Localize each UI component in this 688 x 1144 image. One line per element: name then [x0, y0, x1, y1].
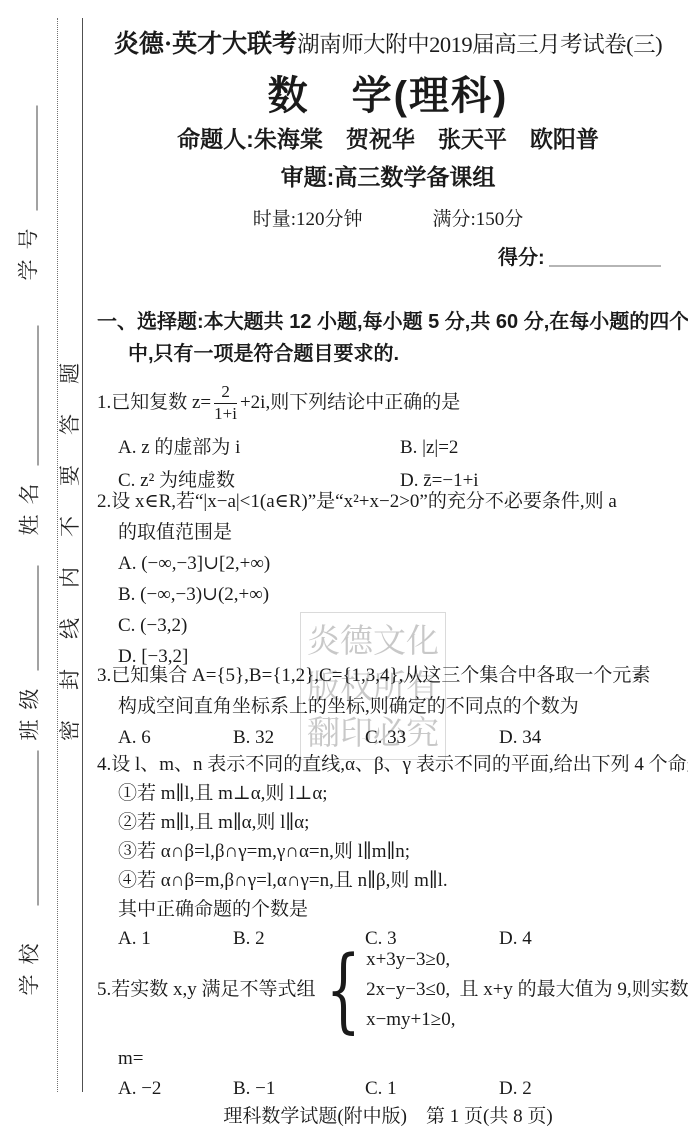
option-b: B. 32 [233, 722, 274, 753]
question-3: 3.已知集合 A={5},B={1,2},C={1,3,4},从这三个集合中各取… [97, 660, 687, 752]
duration-label: 时量:120分钟 [253, 209, 363, 230]
reviewer-line: 审题:高三数学备课组 [88, 159, 688, 192]
seal-line-text: 密封线内不要答题 [55, 341, 85, 741]
subject-title: 数 学(理科) [88, 64, 688, 121]
option-b: B. |z|=2 [400, 433, 458, 463]
question-2: 2.设 x∈R,若“|x−a|<1(a∈R)”是“x²+x−2>0”的充分不必要… [97, 486, 687, 672]
section1-heading: 一、选择题:本大题共 12 小题,每小题 5 分,共 60 分,在每小题的四个选… [97, 306, 685, 370]
inequality-2: 2x−y−3≤0, [366, 975, 455, 1005]
fraction-numerator: 2 [214, 382, 237, 403]
question-5-line2: m= [97, 1044, 687, 1074]
option-a: A. (−∞,−3]∪[2,+∞) [97, 548, 687, 579]
inequality-3: x−my+1≥0, [366, 1005, 455, 1035]
section1-heading-line1: 一、选择题:本大题共 12 小题,每小题 5 分,共 60 分,在每小题的四个选… [97, 306, 685, 338]
student-number-blank [35, 106, 38, 211]
exam-paper-page: 炎德文化 版权所有 翻印必究 学号 姓名 班级 学校 密封线内不要答题 炎德·英… [0, 0, 688, 1144]
question-4-item2: ②若 m∥l,且 m∥α,则 l∥α; [97, 808, 687, 837]
school-field: 学校 [14, 721, 44, 996]
score-blank [549, 265, 661, 267]
option-a: A. z 的虚部为 i [118, 433, 240, 463]
school-label: 学校 [16, 934, 44, 996]
student-number-field: 学号 [13, 106, 43, 281]
left-brace: { [325, 945, 360, 1035]
class-field: 班级 [14, 556, 44, 741]
option-c: C. 33 [365, 722, 406, 753]
score-label: 得分: [498, 247, 545, 269]
option-c: C. 1 [365, 1074, 397, 1104]
option-c: C. (−3,2) [97, 610, 687, 641]
student-number-label: 学号 [15, 219, 43, 281]
option-a: A. 6 [118, 722, 151, 753]
question-4: 4.设 l、m、n 表示不同的直线,α、β、γ 表示不同的平面,给出下列 4 个… [97, 750, 687, 954]
question-2-line2: 的取值范围是 [97, 517, 687, 548]
fraction-denominator: 1+i [214, 404, 237, 424]
question-5-stem-suffix: 且 x+y 的最大值为 9,则实数 [459, 975, 688, 1005]
full-score-label: 满分:150分 [433, 209, 524, 230]
question-3-options-row: A. 6 B. 32 C. 33 D. 34 [97, 722, 687, 752]
option-b: B. −1 [233, 1074, 275, 1104]
class-blank [36, 566, 39, 671]
authors-line: 命题人:朱海棠 贺祝华 张天平 欧阳普 [88, 121, 688, 154]
timing-line: 时量:120分钟满分:150分 [88, 204, 688, 231]
inequality-system: x+3y−3≥0, 2x−y−3≤0, x−my+1≥0, [366, 945, 455, 1035]
name-label: 姓名 [16, 474, 44, 536]
brand-name: 炎德·英才大联考 [114, 31, 297, 58]
score-field: 得分: [498, 241, 661, 270]
inequality-1: x+3y−3≥0, [366, 945, 455, 975]
school-blank [36, 751, 39, 906]
question-2-line1: 2.设 x∈R,若“|x−a|<1(a∈R)”是“x²+x−2>0”的充分不必要… [97, 486, 687, 517]
name-blank [36, 326, 39, 466]
question-1-stem-suffix: +2i,则下列结论中正确的是 [240, 388, 460, 418]
option-b: B. (−∞,−3)∪(2,+∞) [97, 579, 687, 610]
question-4-item1: ①若 m∥l,且 m⊥α,则 l⊥α; [97, 779, 687, 808]
question-5-stem-prefix: 5.若实数 x,y 满足不等式组 [97, 975, 316, 1005]
exam-name: 湖南师大附中2019届高三月考试卷(三) [297, 32, 662, 57]
question-1-stem-prefix: 1.已知复数 z= [97, 388, 211, 418]
question-5-stem: 5.若实数 x,y 满足不等式组 { x+3y−3≥0, 2x−y−3≤0, x… [97, 942, 687, 1038]
section1-heading-line2: 中,只有一项是符合题目要求的. [97, 338, 685, 370]
question-3-line2: 构成空间直角坐标系上的坐标,则确定的不同点的个数为 [97, 691, 687, 722]
paper-title: 炎德·英才大联考湖南师大附中2019届高三月考试卷(三) [88, 24, 688, 60]
question-1-options-row1: A. z 的虚部为 i B. |z|=2 [97, 433, 687, 463]
question-3-line1: 3.已知集合 A={5},B={1,2},C={1,3,4},从这三个集合中各取… [97, 660, 687, 691]
question-5: 5.若实数 x,y 满足不等式组 { x+3y−3≥0, 2x−y−3≤0, x… [97, 942, 687, 1104]
question-1-stem: 1.已知复数 z= 2 1+i +2i,则下列结论中正确的是 [97, 376, 687, 430]
option-d: D. 34 [499, 722, 541, 753]
option-a: A. −2 [118, 1074, 161, 1104]
question-4-item3: ③若 α∩β=l,β∩γ=m,γ∩α=n,则 l∥m∥n; [97, 837, 687, 866]
page-footer: 理科数学试题(附中版) 第 1 页(共 8 页) [88, 1101, 688, 1128]
fraction: 2 1+i [214, 382, 237, 424]
question-5-options-row: A. −2 B. −1 C. 1 D. 2 [97, 1074, 687, 1104]
question-4-closing: 其中正确命题的个数是 [97, 895, 687, 924]
question-4-item4: ④若 α∩β=m,β∩γ=l,α∩γ=n,且 n∥β,则 m∥l. [97, 866, 687, 895]
question-4-line1: 4.设 l、m、n 表示不同的直线,α、β、γ 表示不同的平面,给出下列 4 个… [97, 750, 687, 779]
option-d: D. 2 [499, 1074, 532, 1104]
name-field: 姓名 [14, 311, 44, 536]
question-1: 1.已知复数 z= 2 1+i +2i,则下列结论中正确的是 A. z 的虚部为… [97, 376, 687, 496]
